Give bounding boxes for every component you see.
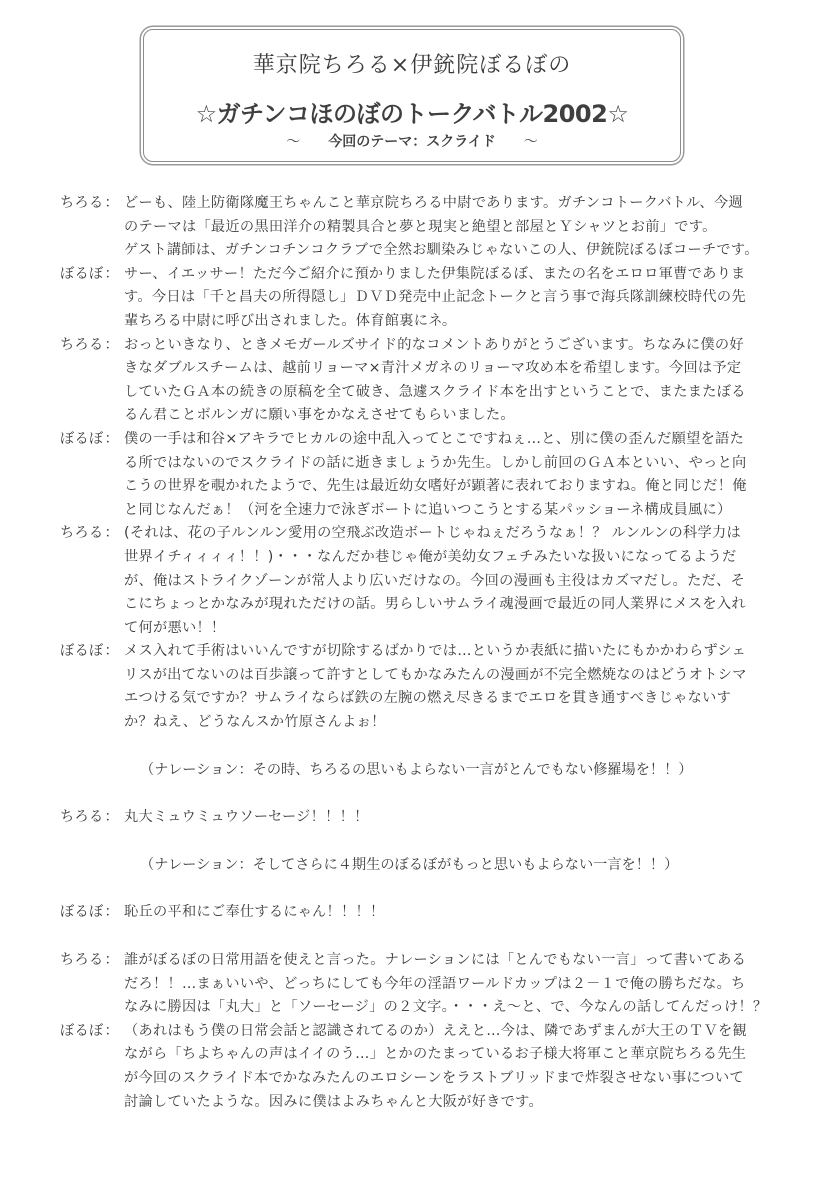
text-line: 世界イチィィィィ！！)・・・なんだか巷じゃ俺が美幼女フェチみたいな扱いになってる…: [124, 546, 820, 570]
text-line: ながら「ちよちゃんの声はイイのう…」とかのたまっているお子様大将軍こと華京院ちろ…: [124, 1043, 820, 1067]
tilde-left: 〜: [286, 134, 300, 150]
narration-2: （ナレーション：そしてさらに４期生のぼるぼがもっと思いもよらない一言を！！）: [140, 854, 820, 878]
text-line: なみに勝因は「丸大」と「ソーセージ」の２文字。・・・え～と、で、今なんの話してん…: [124, 996, 820, 1020]
speaker-name: ぼるぼ：: [60, 263, 124, 334]
page-title: ☆ガチンコほのぼのトークバトル2002☆: [144, 94, 680, 129]
dialogue-text: 丸大ミュウミュウソーセージ！！！！: [124, 806, 820, 830]
text-line: （あれはもう僕の日常会話と認識されてるのか）ええと…今は、隣であずまんが大王のＴ…: [124, 1020, 820, 1044]
text-line: サー、イエッサー！ただ今ご紹介に預かりました伊集院ぼるぼ、またの名をエロロ軍曹で…: [124, 263, 820, 287]
dialogue-text: (それは、花の子ルンルン愛用の空飛ぶ改造ボートじゃねぇだろうなぁ！？ ルンルンの…: [124, 522, 820, 640]
text-line: こにちょっとかなみが現れただけの話。男らしいサムライ魂漫画で最近の同人業界にメス…: [124, 593, 820, 617]
text-line: が今回のスクライド本でかなみたんのエロシーンをラストブリッドまで炸裂させない事に…: [124, 1067, 820, 1091]
text-line: が、俺はストライクゾーンが常人より広いだけなの。今回の漫画も主役はカズマだし。た…: [124, 570, 820, 594]
text-line: るん君ことボルンガに願い事をかなえさせてもらいました。: [124, 404, 820, 428]
dialogue-entry: ぼるぼ：僕の一手は和谷×アキラでヒカルの途中乱入ってとこですねぇ…と、別に僕の歪…: [60, 428, 820, 522]
text-line: エつける気ですか？サムライならば鉄の左腕の燃え尽きるまでエロを貫き通すべきじゃな…: [124, 687, 820, 711]
speaker-name: ちろる：: [60, 522, 124, 640]
text-line: だろ！！…まぁいいや、どっちにしても今年の淫語ワールドカップは２－１で俺の勝ちだ…: [124, 973, 820, 997]
theme-label: 今回のテーマ：スクライド: [328, 134, 496, 150]
theme-line: 〜今回のテーマ：スクライド〜: [144, 131, 680, 151]
speaker-name: ちろる：: [60, 192, 124, 263]
text-line: ゲスト講師は、ガチンコチンコクラブで全然お馴染みじゃないこの人、伊銃院ぼるぼコー…: [124, 239, 820, 263]
text-line: リスが出てないのは百歩譲って許すとしてもかなみたんの漫画が不完全燃焼なのはどうオ…: [124, 664, 820, 688]
dialogue-block-1: ちろる：どーも、陸上防衛隊魔王ちゃんこと華京院ちろる中尉であります。ガチンコトー…: [60, 192, 820, 735]
dialogue-entry: ちろる：どーも、陸上防衛隊魔王ちゃんこと華京院ちろる中尉であります。ガチンコトー…: [60, 192, 820, 263]
narration-1: （ナレーション：その時、ちろるの思いもよらない一言がとんでもない修羅場を！！）: [140, 759, 820, 783]
dialogue-entry-short-1: ちろる： 丸大ミュウミュウソーセージ！！！！: [60, 806, 820, 830]
dialogue-entry-short-2: ぼるぼ： 恥丘の平和にご奉仕するにゃん！！！！: [60, 901, 820, 925]
dialogue-entry: ぼるぼ：サー、イエッサー！ただ今ご紹介に預かりました伊集院ぼるぼ、またの名をエロ…: [60, 263, 820, 334]
speaker-name: ちろる：: [60, 806, 124, 830]
tilde-right: 〜: [524, 134, 538, 150]
text-line: 誰がぼるぼの日常用語を使えと言った。ナレーションには「とんでもない一言」って書い…: [124, 949, 820, 973]
text-line: どーも、陸上防衛隊魔王ちゃんこと華京院ちろる中尉であります。ガチンコトークバトル…: [124, 192, 820, 216]
dialogue-body: ちろる：どーも、陸上防衛隊魔王ちゃんこと華京院ちろる中尉であります。ガチンコトー…: [60, 192, 820, 1114]
text-line: していたＧＡ本の続きの原稿を全て破き、急遽スクライド本を出すということで、またま…: [124, 381, 820, 405]
text-line: のテーマは「最近の黒田洋介の精製具合と夢と現実と絶望と部屋とＹシャツとお前」です…: [124, 216, 820, 240]
dialogue-text: 誰がぼるぼの日常用語を使えと言った。ナレーションには「とんでもない一言」って書い…: [124, 949, 820, 1020]
dialogue-text: サー、イエッサー！ただ今ご紹介に預かりました伊集院ぼるぼ、またの名をエロロ軍曹で…: [124, 263, 820, 334]
dialogue-entry: ちろる：誰がぼるぼの日常用語を使えと言った。ナレーションには「とんでもない一言」…: [60, 949, 820, 1020]
dialogue-block-2: ちろる：誰がぼるぼの日常用語を使えと言った。ナレーションには「とんでもない一言」…: [60, 949, 820, 1114]
speaker-name: ぼるぼ：: [60, 1020, 124, 1114]
text-line: 輩ちろる中尉に呼び出されました。体育館裏にネ。: [124, 310, 820, 334]
text-line: す。今日は「千と昌夫の所得隠し」ＤＶＤ発売中止記念トークと言う事で海兵隊訓練校時…: [124, 286, 820, 310]
speaker-name: ぼるぼ：: [60, 428, 124, 522]
speaker-name: ちろる：: [60, 949, 124, 1020]
dialogue-text: （あれはもう僕の日常会話と認識されてるのか）ええと…今は、隣であずまんが大王のＴ…: [124, 1020, 820, 1114]
text-line: きなダブルスチームは、越前リョーマ×青汁メガネのリョーマ攻め本を希望します。今回…: [124, 357, 820, 381]
dialogue-entry: ちろる：(それは、花の子ルンルン愛用の空飛ぶ改造ボートじゃねぇだろうなぁ！？ ル…: [60, 522, 820, 640]
text-line: て何が悪い！！: [124, 617, 820, 641]
dialogue-entry: ちろる：おっといきなり、ときメモガールズサイド的なコメントありがとうございます。…: [60, 334, 820, 428]
text-line: (それは、花の子ルンルン愛用の空飛ぶ改造ボートじゃねぇだろうなぁ！？ ルンルンの…: [124, 522, 820, 546]
dialogue-text: 恥丘の平和にご奉仕するにゃん！！！！: [124, 901, 820, 925]
dialogue-text: おっといきなり、ときメモガールズサイド的なコメントありがとうございます。ちなみに…: [124, 334, 820, 428]
text-line: こうの世界を覗かれたようで、先生は最近幼女嗜好が顕著に表れておりますね。俺と同じ…: [124, 475, 820, 499]
text-line: メス入れて手術はいいんですが切除するばかりでは…というか表紙に描いたにもかかわら…: [124, 640, 820, 664]
text-line: か？ねえ、どうなんスか竹原さんよぉ！: [124, 711, 820, 735]
dialogue-entry: ぼるぼ：メス入れて手術はいいんですが切除するばかりでは…というか表紙に描いたにも…: [60, 640, 820, 734]
title-box: 華京院ちろる×伊銃院ぼるぼの ☆ガチンコほのぼのトークバトル2002☆ 〜今回の…: [143, 29, 681, 162]
dialogue-text: 僕の一手は和谷×アキラでヒカルの途中乱入ってとこですねぇ…と、別に僕の歪んだ願望…: [124, 428, 820, 522]
speaker-name: ぼるぼ：: [60, 901, 124, 925]
dialogue-text: どーも、陸上防衛隊魔王ちゃんこと華京院ちろる中尉であります。ガチンコトークバトル…: [124, 192, 820, 263]
text-line: 僕の一手は和谷×アキラでヒカルの途中乱入ってとこですねぇ…と、別に僕の歪んだ願望…: [124, 428, 820, 452]
text-line: 討論していたような。因みに僕はよみちゃんと大阪が好きです。: [124, 1091, 820, 1115]
speaker-name: ぼるぼ：: [60, 640, 124, 734]
speaker-name: ちろる：: [60, 334, 124, 428]
text-line: る所ではないのでスクライドの話に逝きましょうか先生。しかし前回のＧＡ本といい、や…: [124, 452, 820, 476]
dialogue-entry: ぼるぼ：（あれはもう僕の日常会話と認識されてるのか）ええと…今は、隣であずまんが…: [60, 1020, 820, 1114]
dialogue-text: メス入れて手術はいいんですが切除するばかりでは…というか表紙に描いたにもかかわら…: [124, 640, 820, 734]
title-subtitle: 華京院ちろる×伊銃院ぼるぼの: [144, 48, 680, 79]
text-line: おっといきなり、ときメモガールズサイド的なコメントありがとうございます。ちなみに…: [124, 334, 820, 358]
text-line: と同じなんだぁ！（河を全速力で泳ぎボートに追いつこうとする某パッショーネ構成員風…: [124, 499, 820, 523]
